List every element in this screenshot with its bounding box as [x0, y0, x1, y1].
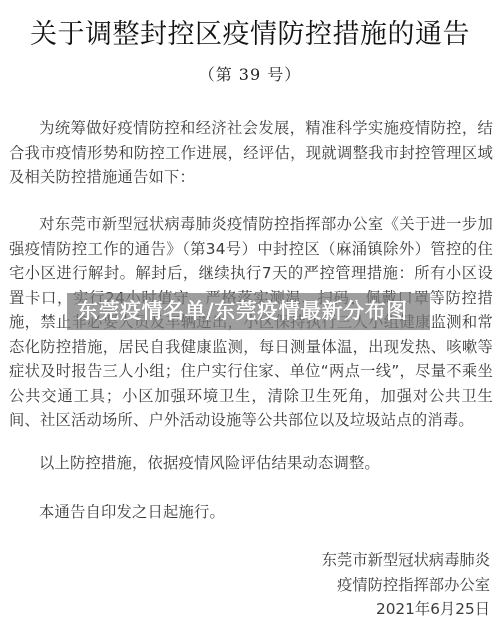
caption-text: 东莞疫情名单/东莞疫情最新分布图	[77, 295, 408, 327]
signature-org-line1: 东莞市新型冠状病毒肺炎	[322, 548, 490, 573]
paragraph-text: 以上防控措施，依据疫情风险评估结果动态调整。	[39, 454, 380, 472]
document-title: 关于调整封控区疫情防控措施的通告	[0, 12, 500, 51]
paragraph-adjustment: 以上防控措施，依据疫情风险评估结果动态调整。	[9, 451, 493, 476]
paragraph-text: 本通告自印发之日起施行。	[39, 503, 225, 521]
signature-date: 2021年6月25日	[376, 597, 490, 622]
paragraph-effective: 本通告自印发之日起施行。	[9, 500, 493, 525]
document-number: （第 39 号）	[0, 62, 500, 85]
signature-org-line2: 疫情防控指挥部办公室	[337, 573, 490, 598]
paragraph-text: 为统筹做好疫情防控和经济社会发展，精准科学实施疫情防控，结合我市疫情形势和防控工…	[9, 119, 493, 186]
paragraph-intro: 为统筹做好疫情防控和经济社会发展，精准科学实施疫情防控，结合我市疫情形势和防控工…	[9, 116, 493, 190]
